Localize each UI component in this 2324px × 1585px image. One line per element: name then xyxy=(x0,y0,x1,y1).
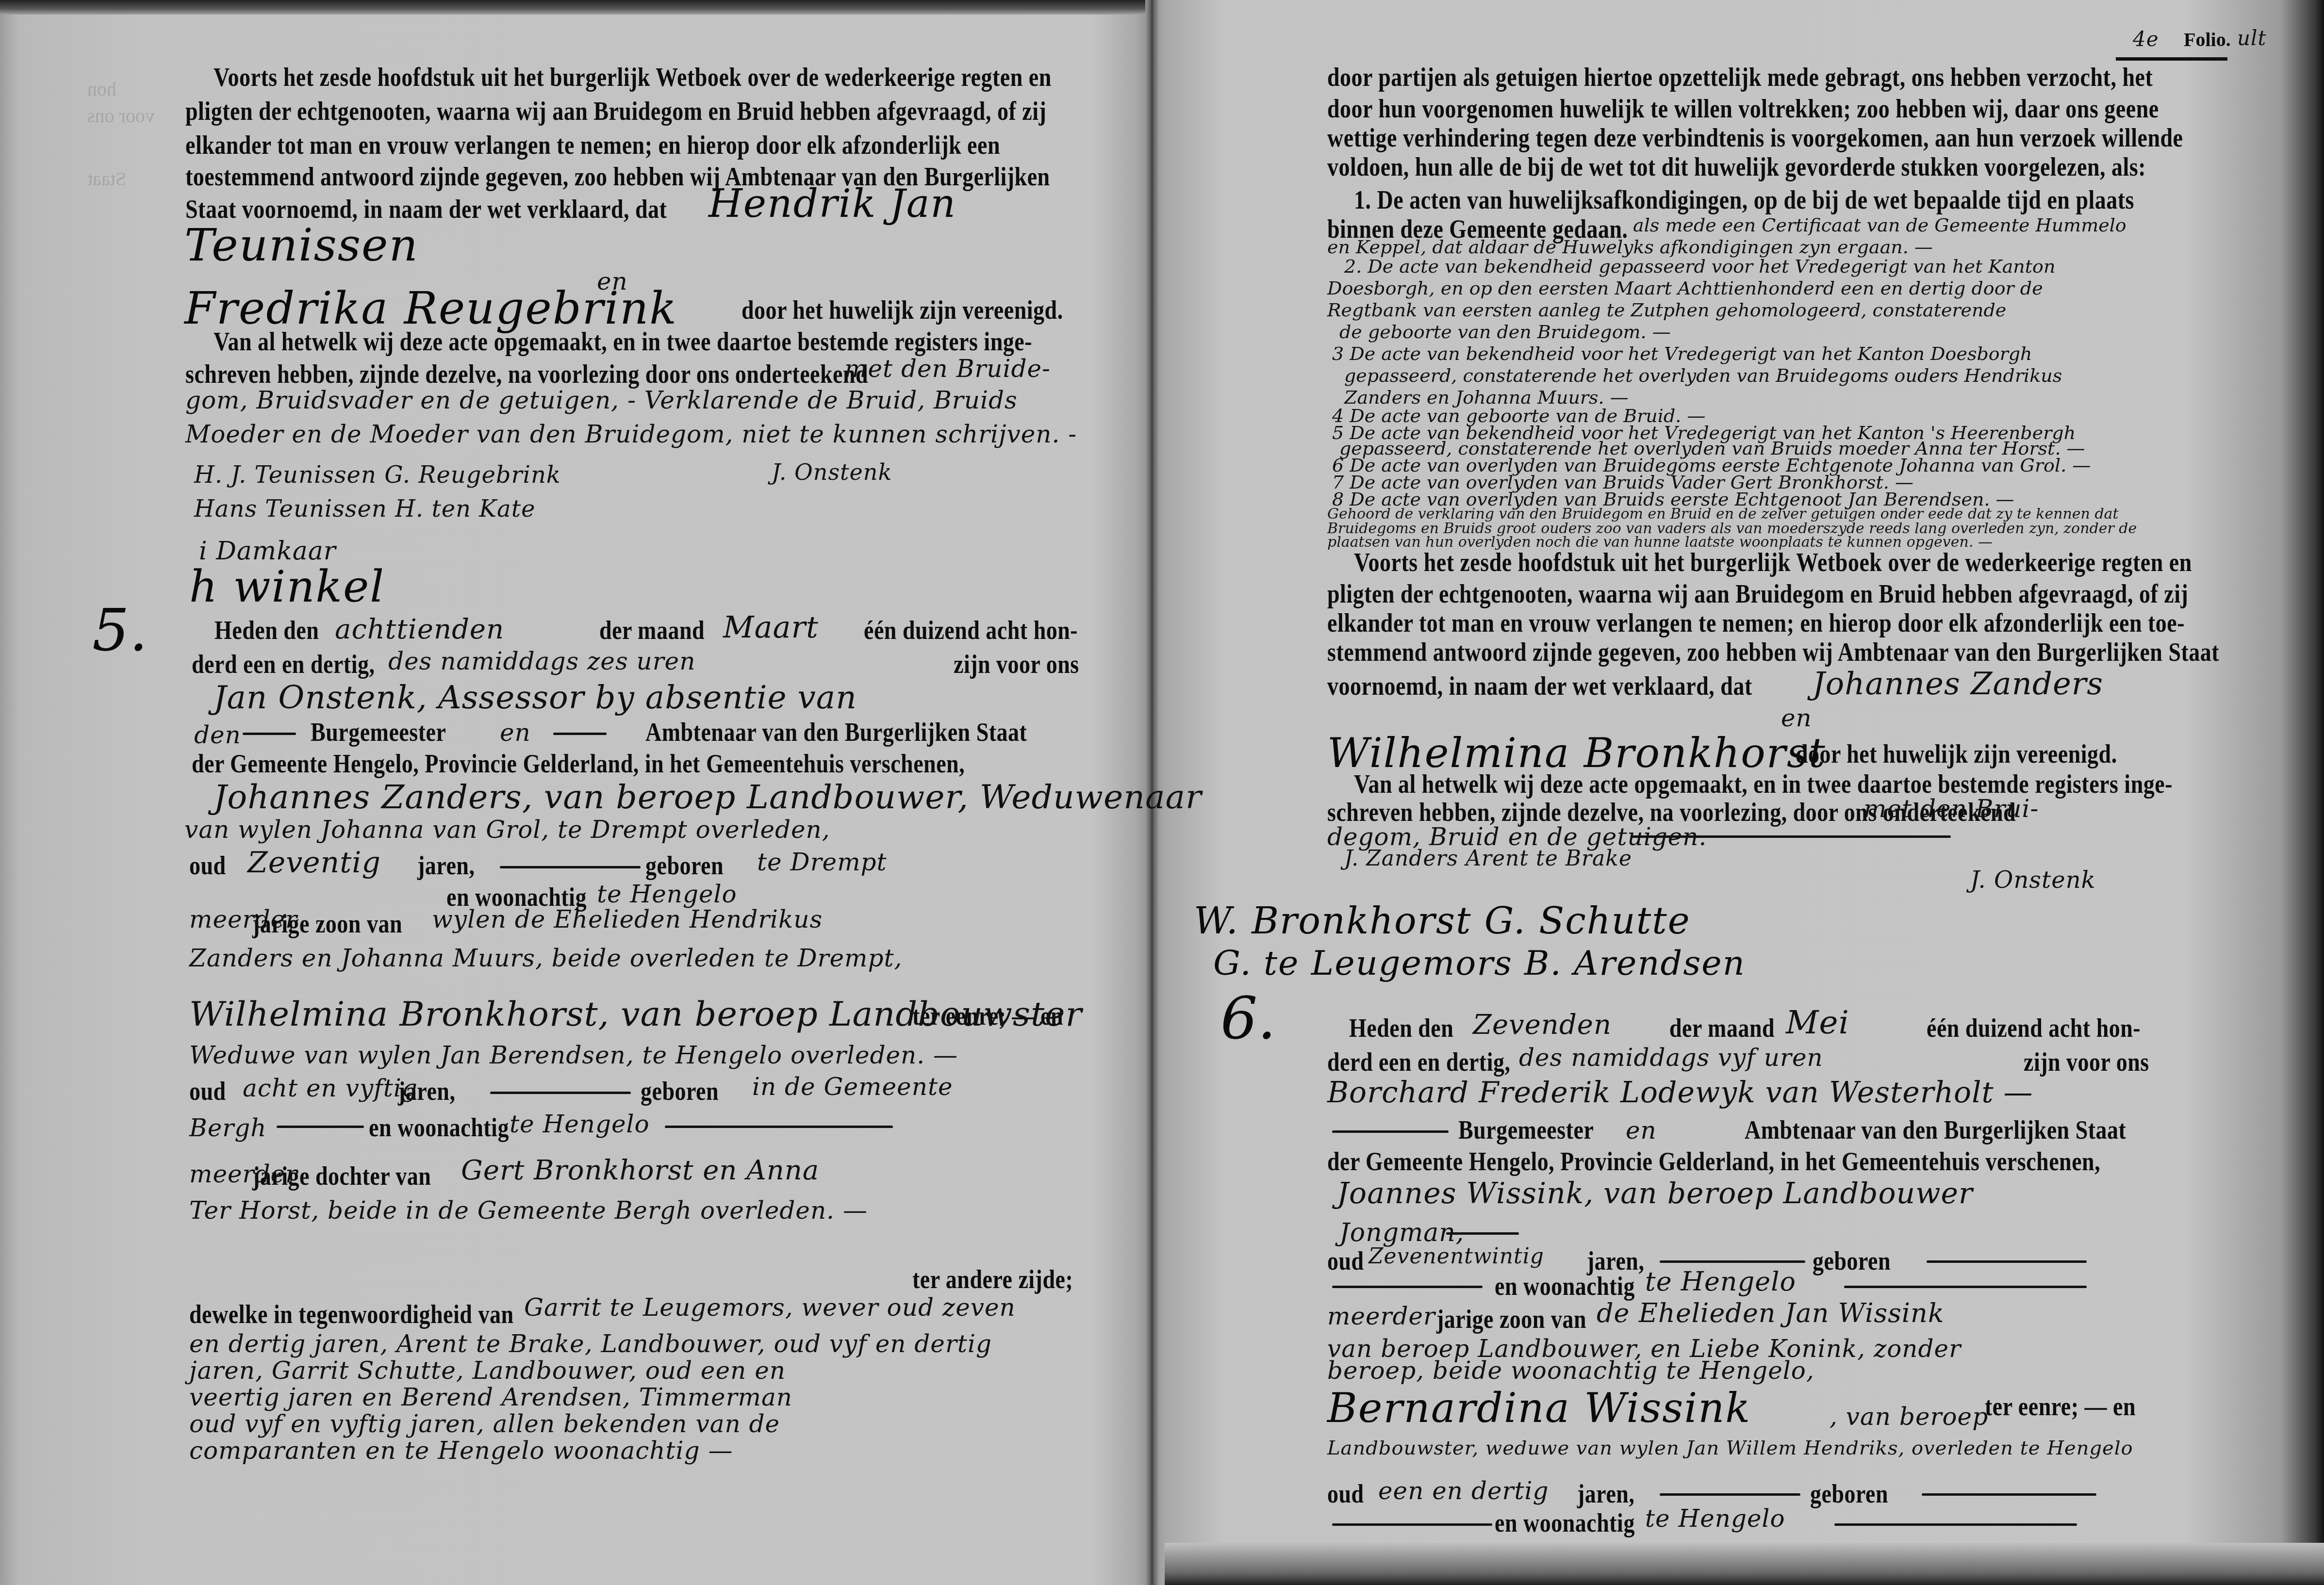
signature: h winkel xyxy=(189,565,385,609)
groom-age: Zevenentwintig xyxy=(1368,1246,1544,1267)
printed-text: derd een en dertig, xyxy=(1327,1049,1510,1075)
handwritten-line: Moeder en de Moeder van den Bruidegom, n… xyxy=(185,422,1077,446)
bride-residence: te Hengelo xyxy=(1645,1506,1785,1531)
document-list-item: 3 De acte van bekendheid voor het Vredeg… xyxy=(1332,344,2032,363)
printed-text: en woonachtig xyxy=(1495,1510,1635,1536)
printed-text: zijn voor ons xyxy=(2024,1049,2149,1075)
printed-line: 1. De acten van huwelijksafkondigingen, … xyxy=(1354,187,2134,213)
handwritten-addition: als mede een Certificaat van de Gemeente… xyxy=(1633,216,2126,234)
fill-line xyxy=(1660,1493,1800,1496)
bride-field-line2: Weduwe van wylen Jan Berendsen, te Henge… xyxy=(189,1043,958,1067)
fill-line xyxy=(1332,1523,1492,1526)
time-field: des namiddags vyf uren xyxy=(1519,1046,1823,1070)
fill-line xyxy=(1922,1493,2096,1496)
printed-text: Burgemeester xyxy=(311,719,446,745)
fill-line xyxy=(553,733,607,735)
printed-text: oud xyxy=(1327,1481,1364,1507)
bride-age: een en dertig xyxy=(1378,1479,1549,1503)
printed-text: één duizend acht hon- xyxy=(864,617,1078,643)
official-field: Borchard Frederik Lodewyk van Westerholt… xyxy=(1327,1078,2033,1107)
printed-line: door het huwelijk zijn vereenigd. xyxy=(1796,741,2117,767)
signature: W. Bronkhorst G. Schutte xyxy=(1194,902,1691,939)
printed-text: jarige dochter van xyxy=(252,1163,431,1189)
printed-line: pligten der echtgenooten, waarna wij aan… xyxy=(185,98,1046,124)
witnesses-line: comparanten en te Hengelo woonachtig — xyxy=(189,1438,733,1463)
time-field: des namiddags zes uren xyxy=(388,649,695,673)
printed-text: der Gemeente Hengelo, Provincie Gelderla… xyxy=(192,751,965,777)
groom-status: Jongman, xyxy=(1339,1220,1464,1245)
bleed-through-text: hon xyxy=(87,78,116,100)
witnesses-line: veertig jaren en Berend Arendsen, Timmer… xyxy=(189,1385,792,1409)
printed-text: jarige zoon van xyxy=(252,911,402,937)
printed-text: en woonachtig xyxy=(369,1114,509,1141)
document-list-item: Doesborgh, en op den eersten Maart Achtt… xyxy=(1327,279,2043,297)
day-field: achttienden xyxy=(335,616,504,643)
handwritten-line: gom, Bruidsvader en de getuigen, - Verkl… xyxy=(185,388,1018,412)
groom-residence: te Hengelo xyxy=(597,882,737,906)
fill-line xyxy=(665,1126,893,1128)
conjunction-en: en xyxy=(1781,706,1812,730)
official-field: Jan Onstenk, Assessor by absentie van xyxy=(214,682,857,714)
bleed-through-text: Staat xyxy=(87,167,126,190)
day-field: Zevenden xyxy=(1473,1012,1612,1039)
fill-line xyxy=(1927,1260,2087,1263)
printed-text: der maand xyxy=(599,617,705,643)
printed-line: elkander tot man en vrouw verlangen te n… xyxy=(185,132,1000,158)
document-list-item: de geboorte van den Bruidegom. — xyxy=(1339,323,1671,341)
month-field: Maart xyxy=(723,612,819,642)
signature: J. Zanders Arent te Brake xyxy=(1344,848,1632,869)
printed-text: Heden den xyxy=(1349,1015,1453,1041)
fill-line xyxy=(1631,835,1951,838)
printed-text: jaren, xyxy=(1587,1248,1644,1274)
printed-line: Voorts het zesde hoofdstuk uit het burge… xyxy=(1354,549,2192,575)
printed-line: pligten der echtgenooten, waarna wij aan… xyxy=(1327,581,2188,607)
handwritten-fill: en xyxy=(1626,1118,1657,1143)
fill-line xyxy=(500,866,641,868)
printed-text: Heden den xyxy=(214,617,319,643)
groom-residence: te Hengelo xyxy=(1645,1269,1796,1295)
fill-line xyxy=(1332,1130,1449,1133)
printed-text: Ambtenaar van den Burgerlijken Staat xyxy=(645,719,1027,745)
groom-parents-line3: beroep, beide woonachtig te Hengelo, xyxy=(1327,1358,1814,1383)
bride-parents-line2: Ter Horst, beide in de Gemeente Bergh ov… xyxy=(189,1198,868,1223)
printed-line: Van al hetwelk wij deze acte opgemaakt, … xyxy=(214,328,1032,355)
printed-text: ter eenre; — en xyxy=(1985,1393,2136,1420)
printed-line: Staat voornoemd, in naam der wet verklaa… xyxy=(185,196,667,222)
bride-name: Fredrika Reugebrink xyxy=(184,286,677,331)
printed-text: jaren, xyxy=(398,1078,455,1104)
bride-parents: Gert Bronkhorst en Anna xyxy=(461,1157,819,1184)
fill-line xyxy=(277,1126,364,1128)
groom-surname: Teunissen xyxy=(184,223,419,268)
document-list-item: Zanders en Johanna Muurs. — xyxy=(1344,388,1629,407)
witnesses-line: Garrit te Leugemors, wever oud zeven xyxy=(524,1295,1016,1320)
handwritten-fill: meerder xyxy=(1327,1304,1435,1328)
printed-line: Voorts het zesde hoofdstuk uit het burge… xyxy=(214,64,1052,90)
bride-residence: te Hengelo xyxy=(510,1112,650,1136)
printed-text: ter andere zijde; xyxy=(912,1266,1073,1292)
fill-line xyxy=(243,733,296,735)
document-list-item: 2. De acte van bekendheid gepasseerd voo… xyxy=(1344,257,2055,276)
fill-line xyxy=(1660,1260,1805,1263)
printed-text: oud xyxy=(1327,1248,1364,1274)
bride-occupation-prefix: , van beroep xyxy=(1830,1405,1988,1429)
left-page: hon voor ons Staat Voorts het zesde hoof… xyxy=(0,0,1145,1585)
witnesses-line: jaren, Garrit Schutte, Landbouwer, oud e… xyxy=(189,1358,786,1383)
fill-line xyxy=(1446,1232,1519,1235)
printed-text: één duizend acht hon- xyxy=(1927,1015,2141,1041)
groom-field-line2: van wylen Johanna van Grol, te Drempt ov… xyxy=(184,817,830,842)
printed-text: zijn voor ons xyxy=(954,651,1079,677)
printed-line: stemmend antwoord zijnde gegeven, zoo he… xyxy=(1327,639,2219,665)
printed-line: door het huwelijk zijn vereenigd. xyxy=(742,297,1063,323)
printed-line: schreven hebben, zijnde dezelve, na voor… xyxy=(185,361,868,387)
bride-birthplace-cont: Bergh xyxy=(189,1116,266,1140)
groom-first-name: Hendrik Jan xyxy=(709,184,956,223)
printed-line: wettige verhindering tegen deze verbindt… xyxy=(1327,125,2183,151)
printed-line: voornoemd, in naam der wet verklaard, da… xyxy=(1327,673,1752,699)
groom-age: Zeventig xyxy=(247,848,381,877)
printed-text: dewelke in tegenwoordigheid van xyxy=(189,1301,513,1327)
bride-field: Bernardina Wissink xyxy=(1327,1388,1751,1428)
printed-text: geboren xyxy=(1810,1481,1888,1507)
signature: H. J. Teunissen G. Reugebrink xyxy=(194,463,561,487)
register-spread: hon voor ons Staat Voorts het zesde hoof… xyxy=(0,0,2324,1585)
document-list-item: gepasseerd, constaterende het overlyden … xyxy=(1344,366,2062,385)
printed-text: jaren, xyxy=(1577,1481,1634,1507)
printed-text: der maand xyxy=(1669,1015,1775,1041)
folio-underline xyxy=(2116,57,2227,61)
document-list-item: Regtbank van eersten aanleg te Zutphen g… xyxy=(1327,301,2006,319)
handwritten-fill: en xyxy=(500,720,531,745)
printed-text: oud xyxy=(189,1078,226,1104)
fill-line xyxy=(1834,1523,2077,1526)
groom-birthplace: te Drempt xyxy=(757,850,887,874)
month-field: Mei xyxy=(1786,1007,1849,1039)
signature: G. te Leugemors B. Arendsen xyxy=(1213,946,1746,980)
signature-onstenk: J. Onstenk xyxy=(1970,868,2096,892)
signature-onstenk: J. Onstenk xyxy=(772,461,892,483)
printed-text: der Gemeente Hengelo, Provincie Gelderla… xyxy=(1327,1148,2100,1175)
printed-text: Ambtenaar van den Burgerlijken Staat xyxy=(1745,1117,2126,1143)
groom-parents: de Ehelieden Jan Wissink xyxy=(1597,1300,1945,1326)
witnesses-line: en dertig jaren, Arent te Brake, Landbou… xyxy=(189,1332,992,1356)
fill-line xyxy=(1332,1286,1483,1288)
handwritten-fill: den xyxy=(194,723,241,747)
folio-prefix: 4e xyxy=(2133,29,2159,49)
printed-text: en woonachtig xyxy=(1495,1273,1635,1299)
printed-text: derd een en dertig, xyxy=(192,651,375,677)
printed-text: jarige zoon van xyxy=(1436,1306,1586,1332)
printed-line: door partijen als getuigen hiertoe opzet… xyxy=(1327,64,2153,90)
fill-line xyxy=(1844,1286,2087,1288)
printed-text: jaren, xyxy=(417,852,475,879)
signature: i Damkaar xyxy=(199,539,336,564)
printed-text: oud xyxy=(189,852,226,879)
bleed-through-text: voor ons xyxy=(87,104,155,127)
record-number: 6. xyxy=(1220,990,1276,1048)
bride-field: Wilhelmina Bronkhorst, van beroep Landbo… xyxy=(189,997,1082,1031)
groom-field: Johannes Zanders, van beroep Landbouwer,… xyxy=(214,781,1202,814)
folio-label: Folio. xyxy=(2184,30,2231,49)
signature: Hans Teunissen H. ten Kate xyxy=(194,497,535,521)
printed-line: door hun voorgenomen huwelijk te willen … xyxy=(1327,96,2159,122)
handwritten-addition: en Keppel, dat aldaar de Huwelyks afkond… xyxy=(1327,238,1933,256)
witnesses-line: oud vyf en vyftig jaren, allen bekenden … xyxy=(189,1412,780,1436)
heard-declaration: Gehoord de verklaring van den Bruidegom … xyxy=(1327,507,2119,522)
printed-text: geboren xyxy=(645,852,724,879)
handwritten-fill: met den Brui- xyxy=(1863,797,2039,821)
bride-age: acht en vyftig xyxy=(243,1076,418,1100)
handwritten-fill: met den Bruide- xyxy=(844,357,1051,381)
folio-number: ult xyxy=(2237,28,2266,49)
record-number: 5. xyxy=(92,602,148,660)
printed-text: geboren xyxy=(641,1078,719,1104)
groom-parents: wylen de Ehelieden Hendrikus xyxy=(432,907,823,931)
bride-name: Wilhelmina Bronkhorst xyxy=(1327,733,1826,773)
bride-birthplace: in de Gemeente xyxy=(752,1075,953,1099)
printed-line: Van al hetwelk wij deze acte opgemaakt, … xyxy=(1354,771,2173,797)
printed-text: Burgemeester xyxy=(1458,1117,1594,1143)
bride-field-line2: Landbouwster, weduwe van wylen Jan Wille… xyxy=(1327,1438,2133,1458)
right-page: 4e Folio. ult door partijen als getuigen… xyxy=(1160,0,2324,1585)
groom-name: Johannes Zanders xyxy=(1813,669,2103,700)
groom-parents-line2: Zanders en Johanna Muurs, beide overlede… xyxy=(189,946,902,970)
groom-field: Joannes Wissink, van beroep Landbouwer xyxy=(1337,1179,1973,1208)
printed-line: elkander tot man en vrouw verlangen te n… xyxy=(1327,610,2185,636)
fill-line xyxy=(490,1092,631,1094)
printed-text: geboren xyxy=(1813,1248,1891,1274)
printed-line: voldoen, hun alle de bij de wet tot dit … xyxy=(1327,154,2146,180)
